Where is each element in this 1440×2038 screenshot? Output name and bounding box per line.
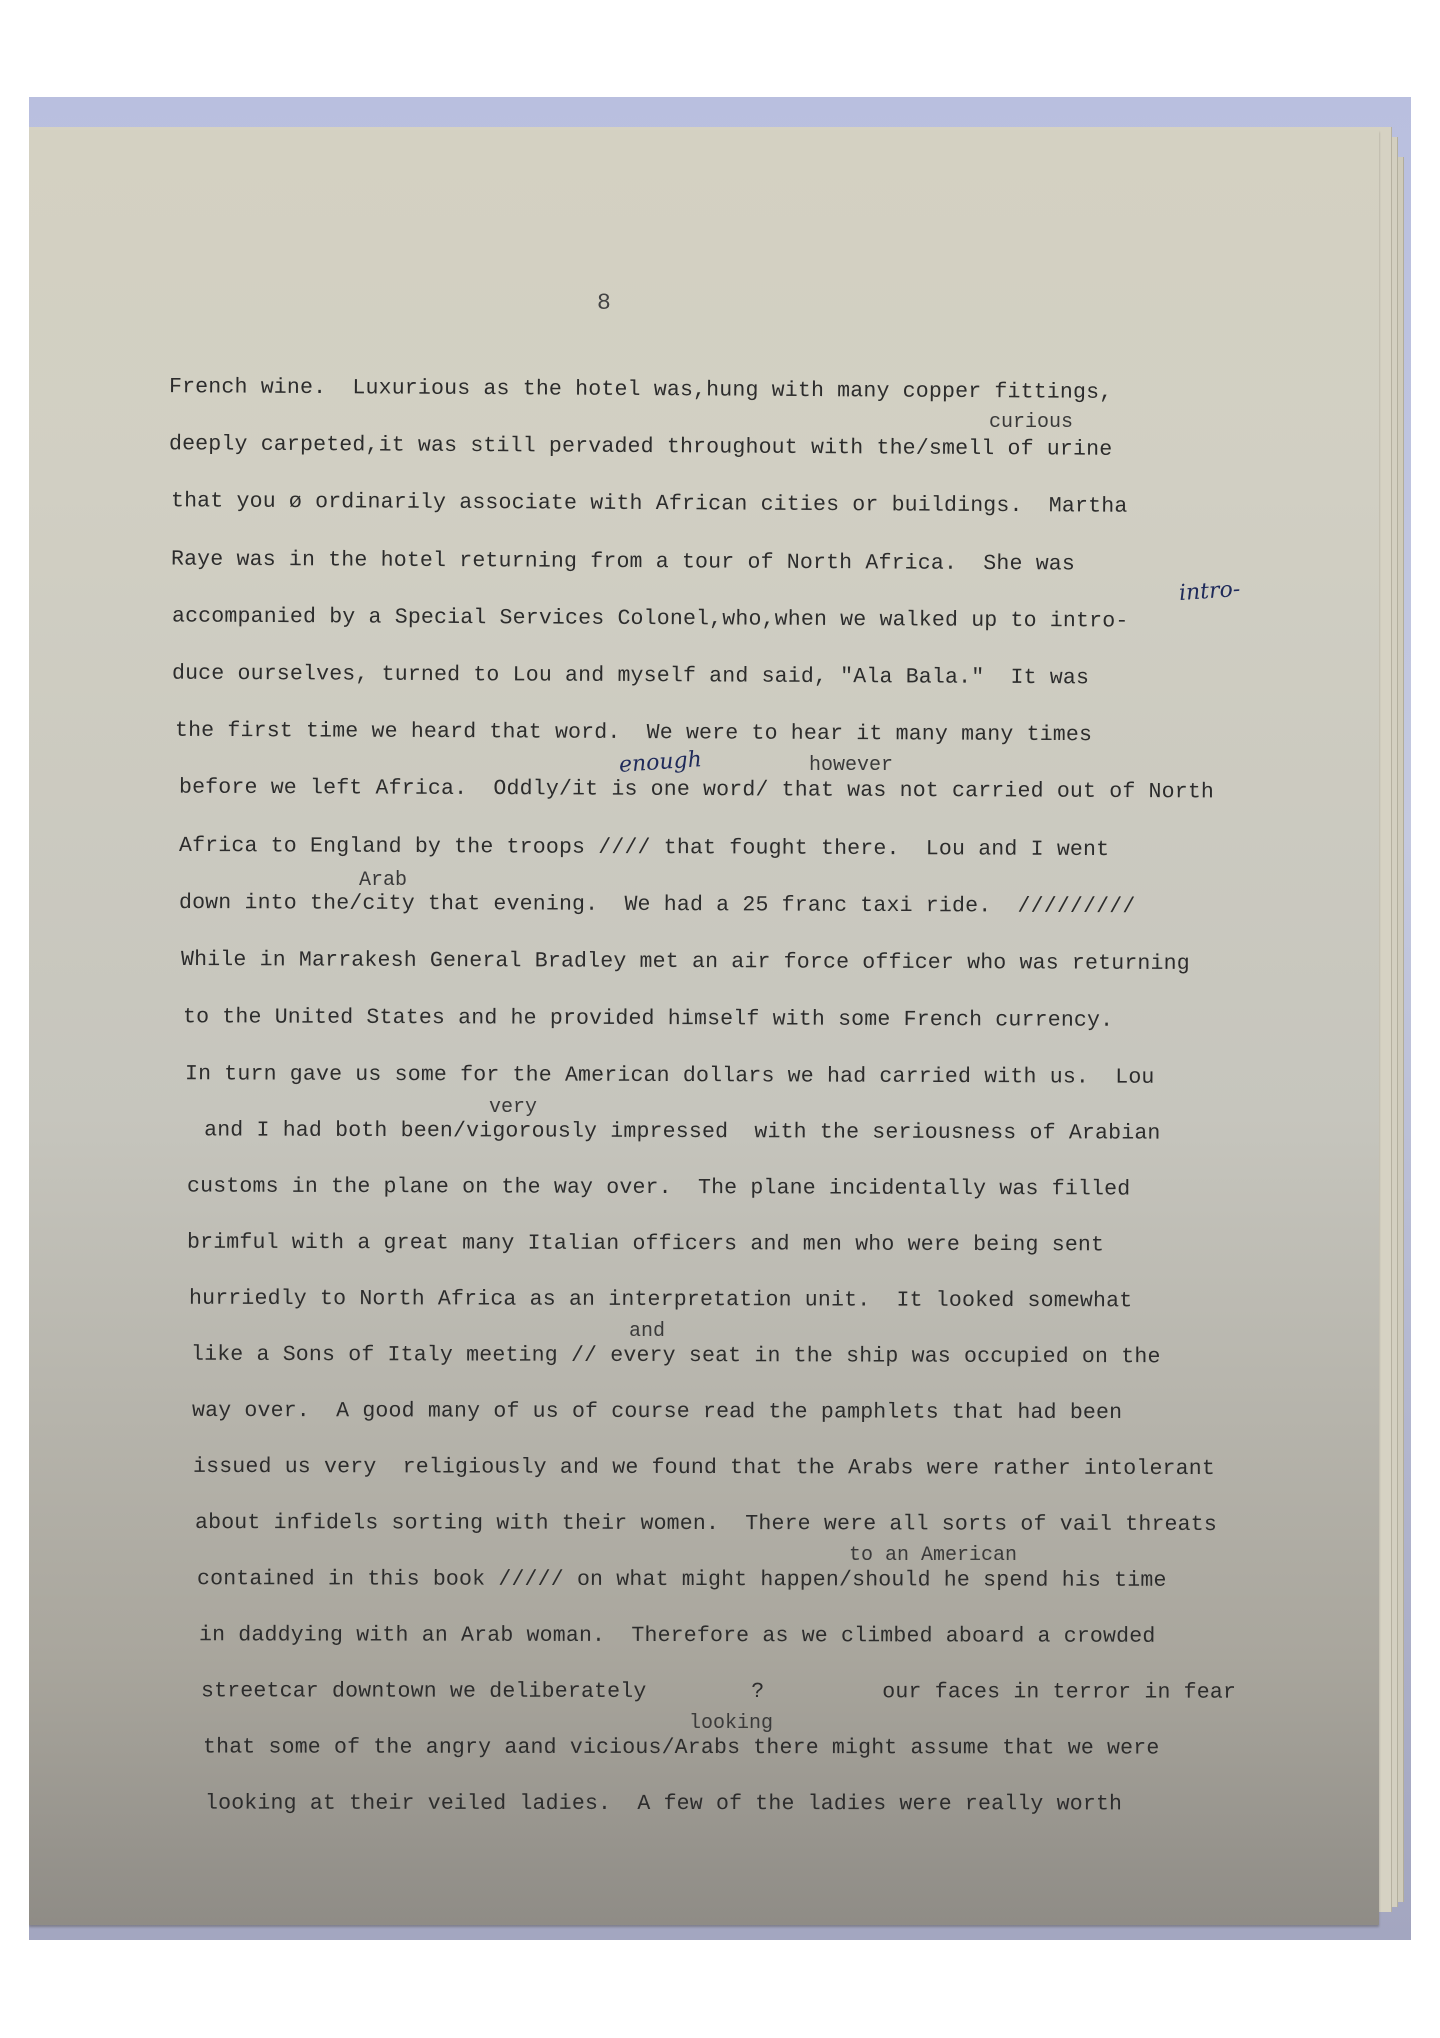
text-line: and I had both been/vigorously impressed… bbox=[191, 1119, 1161, 1146]
text-line: accompanied by a Special Services Colone… bbox=[172, 604, 1129, 633]
typed-insertion: very bbox=[489, 1096, 537, 1119]
typed-insertion: curious bbox=[989, 411, 1073, 434]
text-line: like a Sons of Italy meeting // every se… bbox=[191, 1343, 1161, 1369]
document-photo: 8 French wine. Luxurious as the hotel wa… bbox=[29, 97, 1411, 1940]
typed-insertion: looking bbox=[689, 1712, 773, 1735]
typed-insertion: and bbox=[629, 1320, 665, 1343]
text-line: way over. A good many of us of course re… bbox=[192, 1399, 1122, 1425]
text-line: that you ø ordinarily associate with Afr… bbox=[171, 490, 1128, 519]
typewritten-page: 8 French wine. Luxurious as the hotel wa… bbox=[29, 130, 1379, 1925]
text-line: before we left Africa. Oddly/it is one w… bbox=[179, 776, 1214, 805]
text-line: customs in the plane on the way over. Th… bbox=[187, 1175, 1130, 1202]
text-line: In turn gave us some for the American do… bbox=[185, 1063, 1155, 1090]
text-line: contained in this book ///// on what mig… bbox=[197, 1568, 1167, 1594]
typed-insertion: however bbox=[809, 754, 893, 777]
text-line: that some of the angry aand vicious/Arab… bbox=[203, 1736, 1159, 1761]
text-line: the first time we heard that word. We we… bbox=[175, 719, 1092, 747]
text-line: Africa to England by the troops //// tha… bbox=[179, 834, 1109, 862]
typed-insertion: Arab bbox=[359, 869, 407, 892]
text-line: French wine. Luxurious as the hotel was,… bbox=[169, 375, 1112, 405]
text-line: issued us very religiously and we found … bbox=[193, 1455, 1215, 1481]
text-line: streetcar downtown we deliberately ? our… bbox=[201, 1680, 1236, 1705]
text-line: While in Marrakesh General Bradley met a… bbox=[181, 948, 1190, 976]
handwritten-insertion: intro- bbox=[1178, 577, 1241, 606]
typed-insertion: to an American bbox=[849, 1544, 1017, 1567]
text-line: in daddying with an Arab woman. Therefor… bbox=[199, 1624, 1155, 1649]
text-line: duce ourselves, turned to Lou and myself… bbox=[172, 662, 1089, 691]
text-line: looking at their veiled ladies. A few of… bbox=[205, 1792, 1122, 1817]
text-line: Raye was in the hotel returning from a t… bbox=[171, 547, 1075, 576]
text-line: deeply carpeted,it was still pervaded th… bbox=[169, 432, 1112, 462]
text-line: about infidels sorting with their women.… bbox=[195, 1511, 1217, 1537]
handwritten-insertion: enough bbox=[618, 748, 702, 779]
text-line: to the United States and he provided him… bbox=[183, 1005, 1113, 1033]
text-line: down into the/city that evening. We had … bbox=[179, 891, 1136, 919]
text-line: hurriedly to North Africa as an interpre… bbox=[189, 1287, 1132, 1314]
text-line: brimful with a great many Italian office… bbox=[187, 1231, 1104, 1258]
page-number: 8 bbox=[597, 290, 611, 316]
